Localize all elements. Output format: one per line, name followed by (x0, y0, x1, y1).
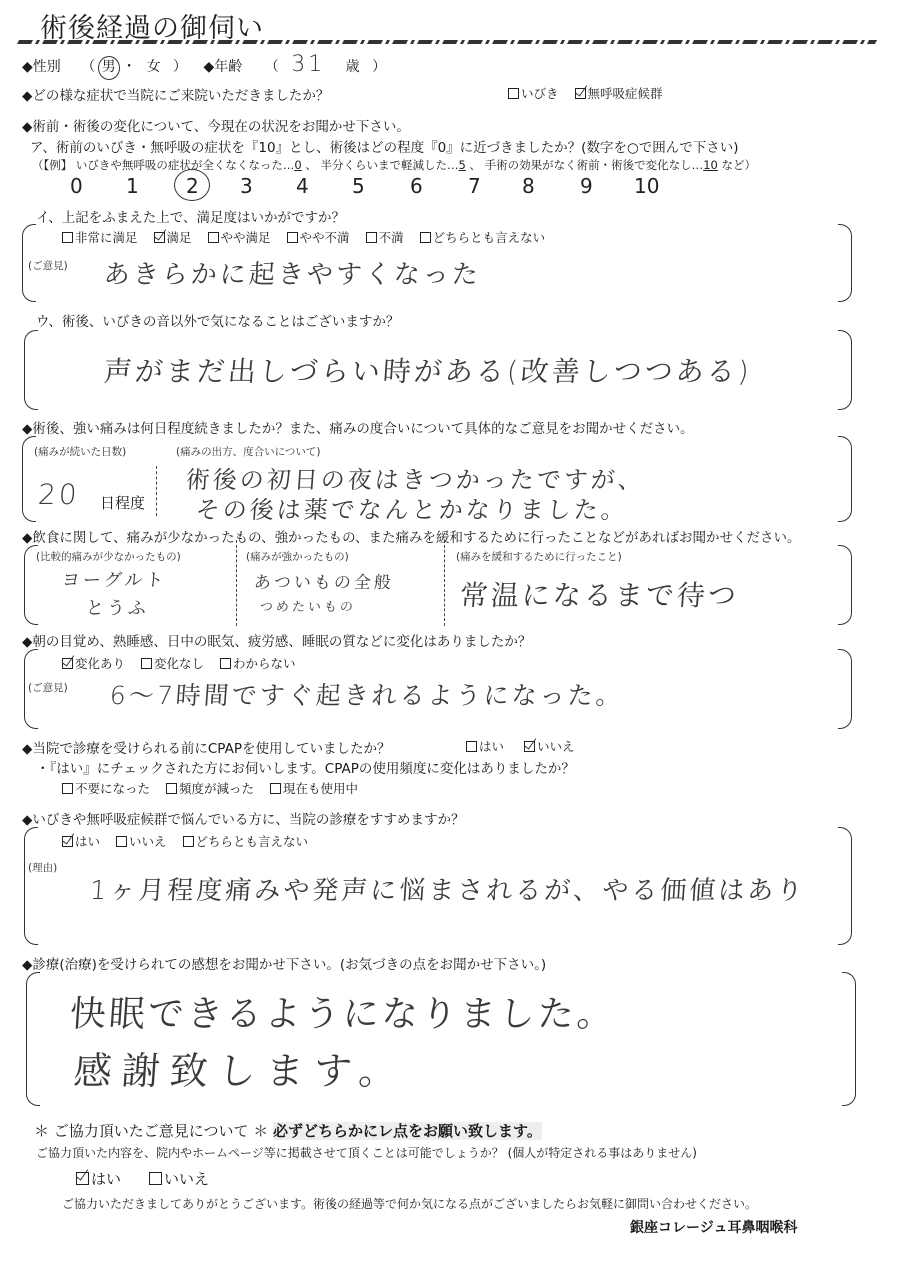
scale-option-0[interactable]: 0 (70, 174, 83, 198)
bracket-right (838, 330, 852, 410)
scale-option-5[interactable]: 5 (352, 174, 365, 198)
gender-option-female[interactable]: 女 (147, 59, 161, 75)
checkbox-frequency-reduced[interactable]: 頻度が減った (166, 779, 254, 797)
impressions-line1[interactable]: 快眠できるようになりました。 (68, 986, 618, 1037)
less-pain-item-2[interactable]: とうふ (85, 594, 150, 620)
checkbox-no-change[interactable]: 変化なし (141, 654, 204, 672)
column-divider (156, 466, 157, 516)
clinic-name: 銀座コレージュ耳鼻咽喉科 (630, 1217, 797, 1237)
bracket-left (24, 330, 38, 410)
recommend-options: はい いいえ どちらとも言えない (62, 832, 324, 850)
concerns-answer[interactable]: 声がまだ出しづらい時がある(改善しつつある) (103, 350, 754, 390)
checkbox-recommend-no[interactable]: いいえ (116, 832, 167, 850)
food-question: ◆飲食に関して、痛みが少なかったもの、強かったもの、また痛みを緩和するために行っ… (22, 526, 801, 546)
checkbox-box (287, 232, 298, 243)
bracket-right (838, 545, 852, 625)
column-divider (236, 540, 237, 626)
opinion-label: (ご意見) (28, 680, 68, 695)
impressions-line2[interactable]: 感謝致します。 (72, 1040, 409, 1095)
concerns-question: ウ、術後、いびきの音以外で気になることはございますか？ (36, 310, 399, 330)
recommend-question: ◆いびきや無呼吸症候群で悩んでいる方に、当院の診療をすすめますか？ (22, 808, 465, 828)
reason-label: (理由) (28, 860, 57, 875)
scale-option-6[interactable]: 6 (410, 174, 423, 198)
age-label: ◆年齢 (204, 59, 243, 75)
satisfaction-opinion[interactable]: あきらかに起きやすくなった (103, 254, 483, 291)
checkbox-somewhat-satisfied[interactable]: やや満足 (208, 228, 271, 246)
strong-pain-label: (痛みが強かったもの) (246, 549, 349, 564)
cpap-question: ◆当院で診療を受けられる前にCPAPを使用していましたか？ (22, 737, 390, 757)
age-value[interactable]: 31 (291, 52, 325, 77)
checkbox-box (141, 658, 152, 669)
strong-pain-item-2[interactable]: つめたいもの (259, 596, 356, 615)
checkbox-box (62, 232, 73, 243)
title-divider (17, 40, 877, 44)
checkbox-box (208, 232, 219, 243)
scale-option-7[interactable]: 7 (468, 174, 481, 198)
recommend-reason[interactable]: 1ヶ月程度痛みや発声に悩まされるが、やる価値はあり (89, 870, 807, 907)
pain-detail-label: (痛みの出方、度合いについて) (176, 444, 320, 459)
consent-heading: ＊ ご協力頂いたご意見について ＊ 必ずどちらかにレ点をお願い致します。 (34, 1120, 542, 1141)
cpap-followup-options: 不要になった 頻度が減った 現在も使用中 (62, 779, 374, 797)
sleep-opinion[interactable]: 6〜7時間ですぐ起きれるようになった。 (109, 676, 625, 712)
checkbox-snoring[interactable]: いびき (508, 84, 559, 102)
satisfaction-question: イ、上記をふまえた上で、満足度はいかがですか？ (36, 206, 345, 226)
profile-row: ◆性別 （ 男 ・ 女 ） ◆年齢 （ 31 歳 ） (22, 52, 386, 77)
checkbox-very-satisfied[interactable]: 非常に満足 (62, 228, 138, 246)
scale-option-8[interactable]: 8 (522, 174, 535, 198)
impressions-question: ◆診療(治療)を受けられての感想をお聞かせ下さい。(お気づきの点をお聞かせ下さい… (22, 953, 546, 973)
checkbox-apnea[interactable]: 無呼吸症候群 (575, 84, 663, 102)
checkbox-still-using[interactable]: 現在も使用中 (270, 779, 358, 797)
change-question-a: ア、術前のいびき・無呼吸の症状を『10』とし、術後はどの程度『0』に近づきました… (30, 136, 739, 156)
checkbox-checked (154, 232, 165, 243)
sleep-question: ◆朝の目覚め、熟睡感、日中の眠気、疲労感、睡眠の質などに変化はありましたか？ (22, 630, 531, 650)
consent-options: はい いいえ (76, 1168, 225, 1189)
checkbox-cpap-no[interactable]: いいえ (524, 737, 575, 755)
checkbox-recommend-yes[interactable]: はい (62, 832, 100, 850)
bracket-left (24, 827, 38, 945)
gender-option-male[interactable]: 男 (102, 59, 120, 75)
checkbox-recommend-neither[interactable]: どちらとも言えない (183, 832, 309, 850)
checkbox-box (508, 88, 519, 99)
selected-circle (98, 56, 120, 80)
bracket-right (842, 972, 856, 1106)
scale-option-9[interactable]: 9 (580, 174, 593, 198)
checkbox-unknown[interactable]: わからない (220, 654, 296, 672)
bracket-left (26, 972, 40, 1106)
change-heading: ◆術前・術後の変化について、今現在の状況をお聞かせ下さい。 (22, 115, 410, 135)
consent-question: ご協力頂いた内容を、院内やホームページ等に掲載させて頂くことは可能でしょうか？ … (36, 1144, 697, 1161)
relief-answer[interactable]: 常温になるまで待つ (459, 574, 741, 614)
checkbox-no-longer-needed[interactable]: 不要になった (62, 779, 150, 797)
checkbox-box (166, 783, 177, 794)
pain-detail-line2[interactable]: その後は薬でなんとかなりました。 (195, 490, 629, 525)
checkbox-cpap-yes[interactable]: はい (466, 737, 504, 755)
pain-question: ◆術後、強い痛みは何日程度続きましたか？また、痛みの度合いについて具体的なご意見… (22, 417, 694, 437)
pain-days-label: (痛みが続いた日数) (34, 444, 126, 459)
checkbox-dissatisfied[interactable]: 不満 (366, 228, 404, 246)
checkbox-checked (62, 658, 73, 669)
checkbox-consent-yes[interactable]: はい (76, 1168, 121, 1189)
selected-scale-circle (174, 169, 210, 201)
symptoms-question: ◆どの様な症状で当院にご来院いただきましたか？ (22, 84, 329, 104)
scale-option-1[interactable]: 1 (126, 174, 139, 198)
checkbox-neither[interactable]: どちらとも言えない (420, 228, 546, 246)
checkbox-box (366, 232, 377, 243)
sleep-options: 変化あり 変化なし わからない (62, 654, 312, 672)
checkbox-checked (524, 741, 535, 752)
scale-option-10[interactable]: 10 (634, 174, 659, 198)
pain-days-unit: 日程度 (100, 492, 145, 513)
checkbox-box (149, 1172, 162, 1185)
bracket-right (838, 224, 852, 302)
opinion-label: (ご意見) (28, 258, 68, 273)
relief-label: (痛みを緩和するために行ったこと) (456, 549, 622, 564)
bracket-right (838, 827, 852, 945)
thanks-message: ご協力いただきましてありがとうございます。術後の経過等で何か気になる点がございま… (62, 1195, 757, 1212)
column-divider (444, 540, 445, 626)
checkbox-checked (76, 1172, 89, 1185)
checkbox-box (466, 741, 477, 752)
satisfaction-options: 非常に満足 満足 やや満足 やや不満 不満 どちらとも言えない (62, 228, 561, 246)
cpap-options: はい いいえ (466, 737, 591, 755)
checkbox-box (220, 658, 231, 669)
checkbox-somewhat-dissatisfied[interactable]: やや不満 (287, 228, 350, 246)
bracket-right (838, 436, 852, 522)
scale-option-4[interactable]: 4 (296, 174, 309, 198)
symptoms-options: いびき 無呼吸症候群 (508, 84, 679, 102)
strong-pain-item-1[interactable]: あついもの全般 (253, 568, 395, 593)
checkbox-checked (575, 88, 586, 99)
checkbox-box (420, 232, 431, 243)
scale-option-3[interactable]: 3 (240, 174, 253, 198)
checkbox-box (270, 783, 281, 794)
checkbox-checked (62, 836, 73, 847)
checkbox-changed[interactable]: 変化あり (62, 654, 125, 672)
gender-label: ◆性別 (22, 59, 61, 75)
checkbox-box (62, 783, 73, 794)
checkbox-satisfied[interactable]: 満足 (154, 228, 192, 246)
bracket-right (838, 649, 852, 729)
cpap-followup: ・『はい』にチェックされた方にお伺いします。CPAPの使用頻度に変化はありました… (36, 757, 575, 777)
checkbox-consent-no[interactable]: いいえ (149, 1168, 209, 1189)
pain-days-value[interactable]: 20 (37, 478, 81, 511)
checkbox-box (116, 836, 127, 847)
change-example: （【例】 いびきや無呼吸の症状が全くなくなった…0 、 半分くらいまで軽減した…… (32, 157, 756, 173)
less-pain-item-1[interactable]: ヨーグルト (61, 566, 167, 592)
checkbox-box (183, 836, 194, 847)
less-pain-label: (比較的痛みが少なかったもの) (36, 549, 181, 564)
